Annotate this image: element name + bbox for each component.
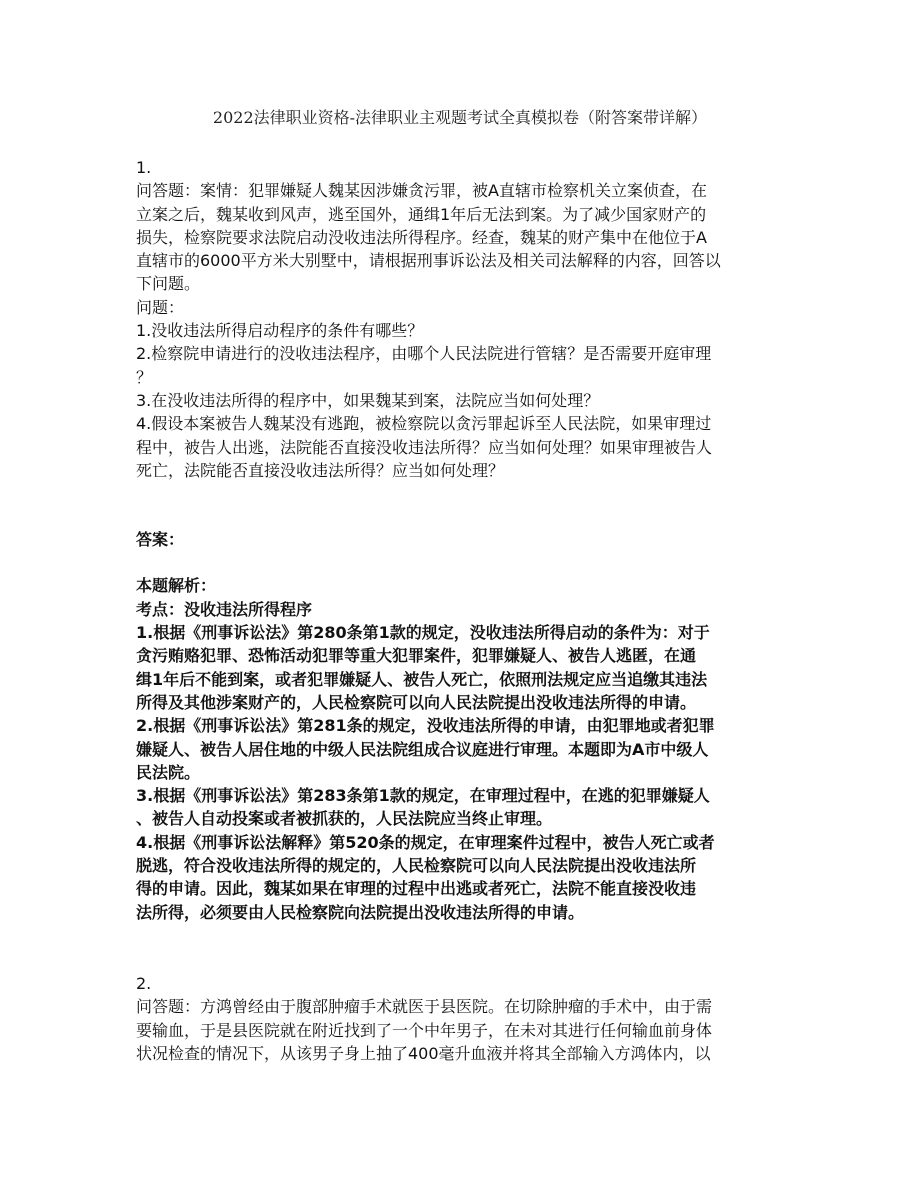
sub-question-line: 1.没收违法所得启动程序的条件有哪些？	[136, 319, 796, 342]
sub-questions: 1.没收违法所得启动程序的条件有哪些？ 2.检察院申请进行的没收违法程序，由哪个…	[136, 319, 796, 482]
sub-questions-heading: 问题：	[136, 296, 796, 319]
question-number: 1.	[136, 156, 796, 179]
question-stem: 问答题：方鸿曾经由于腹部肿瘤手术就医于县医院。在切除肿瘤的手术中，由于需 要输血…	[136, 995, 796, 1065]
analysis-line: 嫌疑人、被告人居住地的中级人民法院组成合议庭进行审理。本题即为A市中级人	[136, 738, 796, 761]
document-body: 1. 问答题：案情：犯罪嫌疑人魏某因涉嫌贪污罪，被A直辖市检察机关立案侦查，在 …	[136, 156, 796, 1065]
sub-question-line: 4.假设本案被告人魏某没有逃跑，被检察院以贪污罪起诉至人民法院，如果审理过	[136, 412, 796, 435]
analysis-line: 、被告人自动投案或者被抓获的，人民法院应当终止审理。	[136, 807, 796, 830]
stem-line: 损失，检察院要求法院启动没收违法所得程序。经查，魏某的财产集中在他位于A	[136, 226, 796, 249]
analysis-label: 本题解析：	[136, 574, 796, 597]
analysis-line: 所得及其他涉案财产的，人民检察院可以向人民法院提出没收违法所得的申请。	[136, 691, 796, 714]
analysis-line: 民法院。	[136, 761, 796, 784]
stem-line: 下问题。	[136, 272, 796, 295]
analysis-line: 脱逃，符合没收违法所得的规定的，人民检察院可以向人民法院提出没收违法所	[136, 854, 796, 877]
analysis-text: 考点：没收违法所得程序 1.根据《刑事诉讼法》第280条第1款的规定，没收违法所…	[136, 598, 796, 924]
stem-line: 直辖市的6000平方米大别墅中，请根据刑事诉讼法及相关司法解释的内容，回答以	[136, 249, 796, 272]
sub-question-line: ？	[136, 366, 796, 389]
question-number: 2.	[136, 972, 796, 995]
sub-question-line: 死亡，法院能否直接没收违法所得？应当如何处理？	[136, 459, 796, 482]
analysis-line: 得的申请。因此，魏某如果在审理的过程中出逃或者死亡，法院不能直接没收违	[136, 877, 796, 900]
sub-question-line: 3.在没收违法所得的程序中，如果魏某到案，法院应当如何处理？	[136, 389, 796, 412]
analysis-line: 2.根据《刑事诉讼法》第281条的规定，没收违法所得的申请，由犯罪地或者犯罪	[136, 714, 796, 737]
question-stem: 问答题：案情：犯罪嫌疑人魏某因涉嫌贪污罪，被A直辖市检察机关立案侦查，在 立案之…	[136, 179, 796, 295]
question-1: 1. 问答题：案情：犯罪嫌疑人魏某因涉嫌贪污罪，被A直辖市检察机关立案侦查，在 …	[136, 156, 796, 924]
stem-line: 立案之后，魏某收到风声，逃至国外，通缉1年后无法到案。为了减少国家财产的	[136, 203, 796, 226]
analysis-line: 缉1年后不能到案，或者犯罪嫌疑人、被告人死亡，依照刑法规定应当追缴其违法	[136, 668, 796, 691]
answer-label: 答案：	[136, 528, 796, 551]
sub-question-line: 程中，被告人出逃，法院能否直接没收违法所得？应当如何处理？如果审理被告人	[136, 436, 796, 459]
stem-line: 状况检查的情况下，从该男子身上抽了400毫升血液并将其全部输入方鸿体内，以	[136, 1042, 796, 1065]
stem-line: 要输血，于是县医院就在附近找到了一个中年男子，在未对其进行任何输血前身体	[136, 1019, 796, 1042]
analysis-line: 1.根据《刑事诉讼法》第280条第1款的规定，没收违法所得启动的条件为：对于	[136, 621, 796, 644]
analysis-line: 3.根据《刑事诉讼法》第283条第1款的规定，在审理过程中，在逃的犯罪嫌疑人	[136, 784, 796, 807]
stem-line: 问答题：方鸿曾经由于腹部肿瘤手术就医于县医院。在切除肿瘤的手术中，由于需	[136, 995, 796, 1018]
document-title: 2022法律职业资格-法律职业主观题考试全真模拟卷（附答案带详解）	[0, 105, 920, 128]
stem-line: 问答题：案情：犯罪嫌疑人魏某因涉嫌贪污罪，被A直辖市检察机关立案侦查，在	[136, 179, 796, 202]
analysis-line: 贪污贿赂犯罪、恐怖活动犯罪等重大犯罪案件，犯罪嫌疑人、被告人逃匿，在通	[136, 644, 796, 667]
analysis-line: 4.根据《刑事诉讼法解释》第520条的规定，在审理案件过程中，被告人死亡或者	[136, 831, 796, 854]
analysis-line: 法所得，必须要由人民检察院向法院提出没收违法所得的申请。	[136, 901, 796, 924]
question-2: 2. 问答题：方鸿曾经由于腹部肿瘤手术就医于县医院。在切除肿瘤的手术中，由于需 …	[136, 972, 796, 1065]
sub-question-line: 2.检察院申请进行的没收违法程序，由哪个人民法院进行管辖？是否需要开庭审理	[136, 342, 796, 365]
analysis-line: 考点：没收违法所得程序	[136, 598, 796, 621]
